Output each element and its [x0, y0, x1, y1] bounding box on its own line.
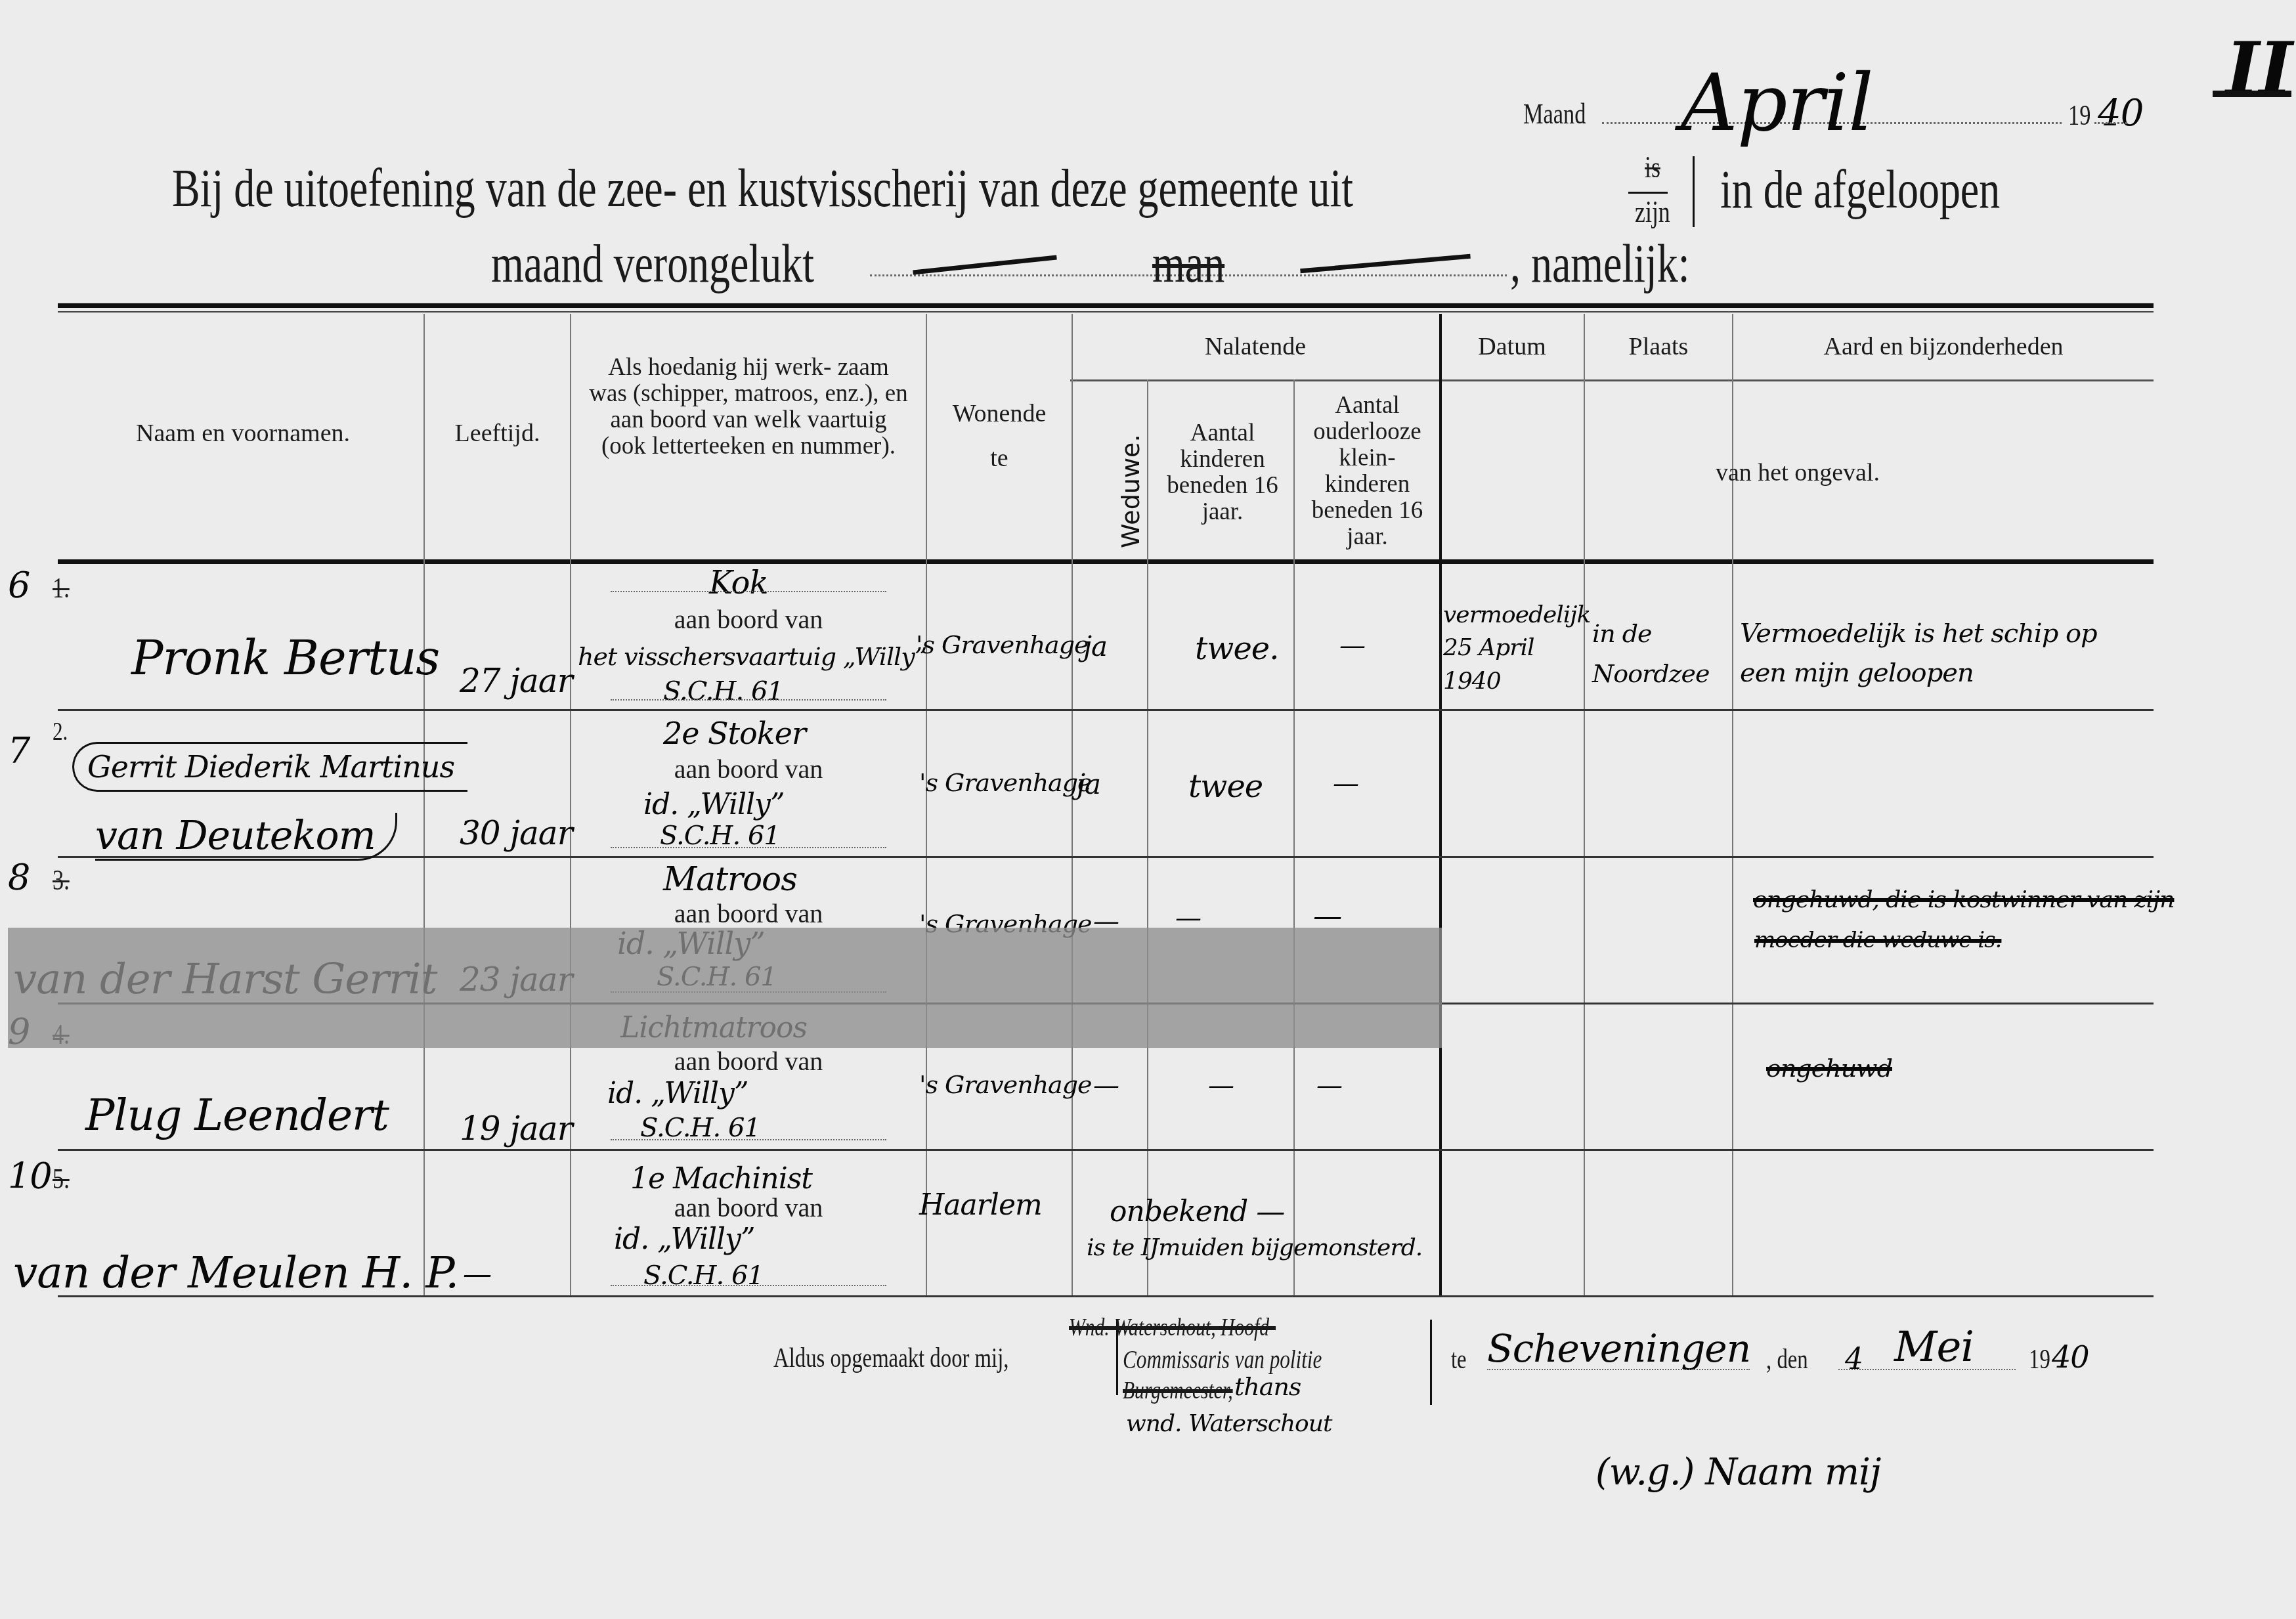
- header-datum: Datum: [1442, 334, 1582, 360]
- footer-year-suffix: 40: [2052, 1339, 2089, 1375]
- heading-fraction-bar: [1628, 192, 1668, 194]
- row-vessel-line2: S.C.H. 61: [663, 676, 783, 706]
- row-wonende: 's Gravenhage: [916, 630, 1089, 659]
- heading-is-struck: is: [1645, 150, 1660, 184]
- hoedanig-dotline: [611, 847, 886, 848]
- row-kleinkinderen: —: [1333, 768, 1358, 798]
- month-value: April: [1681, 58, 1873, 149]
- row-age: 19 jaar: [460, 1110, 573, 1148]
- header-nalatende: Nalatende: [1073, 334, 1438, 360]
- row-aard-struck: ongehuwd, die is kostwinner van zijn: [1753, 886, 2174, 913]
- header-plaats: Plaats: [1586, 334, 1731, 360]
- header-bottom-rule: [58, 559, 2154, 564]
- header-wonende-te: te: [927, 445, 1072, 472]
- row-wonende: Haarlem: [919, 1188, 1042, 1222]
- row-aard-struck: ongehuwd: [1766, 1054, 1892, 1083]
- footer-option-4-hand: wnd. Waterschout: [1126, 1410, 1332, 1437]
- footer-aldus: Aldus opgemaakt door mij,: [773, 1343, 1008, 1374]
- row-role: 2e Stoker: [663, 716, 806, 751]
- row-age: 30 jaar: [460, 814, 573, 852]
- row-printed-no: 1.: [53, 571, 70, 605]
- row-printed-no: 3.: [53, 863, 70, 897]
- row-wonende: 's Gravenhage: [919, 1070, 1092, 1099]
- row-name: Pronk Bertus: [131, 630, 439, 685]
- header-hoedanig: Als hoedanig hij werk- zaam was (schippe…: [588, 355, 909, 460]
- col-line-5: [1147, 379, 1148, 1295]
- table-top-rule: [58, 303, 2154, 308]
- row-age: —: [463, 1257, 491, 1291]
- footer-year-prefix: 19: [2029, 1344, 2050, 1375]
- footer-option-3: Burgemeester,: [1123, 1376, 1233, 1405]
- header-leeftijd: Leeftijd.: [427, 420, 568, 447]
- hoedanig-dotline: [611, 699, 886, 701]
- header-wonende: Wonende: [927, 400, 1072, 427]
- footer-day: 4: [1845, 1343, 1863, 1376]
- header-kleinkinderen: Aantal ouderlooze klein- kinderen benede…: [1297, 393, 1438, 550]
- row-name: Gerrit Diederik Martinus: [72, 742, 467, 792]
- row-aan-boord: aan boord van: [663, 1194, 834, 1222]
- footer-option-2: Commissaris van politie: [1123, 1344, 1322, 1375]
- footer-date-dotline: [1838, 1369, 2016, 1370]
- row-sep-1: [58, 709, 2154, 711]
- heading-line2-a: maand verongelukt: [491, 233, 814, 295]
- sheet-mark: II: [2226, 26, 2292, 111]
- col-line-6: [1293, 379, 1295, 1295]
- row-kinderen: —: [1208, 1070, 1234, 1100]
- footer-te-value: Scheveningen: [1487, 1326, 1750, 1371]
- row-weduwe: ja: [1083, 630, 1107, 662]
- row-kinderen: twee.: [1195, 630, 1278, 667]
- hoedanig-dotline: [611, 1139, 886, 1140]
- row-wonende: 's Gravenhage: [919, 768, 1092, 797]
- header-kinderen: Aantal kinderen beneden 16 jaar.: [1163, 420, 1282, 525]
- year-prefix: 19: [2068, 98, 2090, 132]
- table-top-rule-thin: [58, 311, 2154, 313]
- row-sep-4: [58, 1149, 2154, 1151]
- footer-te-label: te: [1451, 1344, 1467, 1375]
- header-aard: Aard en bijzonderheden: [1733, 334, 2154, 360]
- row-vessel-line1: id. „Willy”: [607, 1077, 748, 1110]
- row-index: 8: [8, 857, 30, 898]
- row-vessel-line1: id. „Willy”: [614, 1222, 754, 1256]
- row-datum: vermoedelijk 25 April 1940: [1443, 599, 1574, 698]
- row-aan-boord: aan boord van: [663, 899, 834, 928]
- month-label: Maand: [1523, 97, 1586, 131]
- row-plaats: in de Noordzee: [1592, 614, 1723, 694]
- year-suffix: 40: [2098, 92, 2143, 135]
- col-line-1: [423, 314, 425, 1295]
- row-name: van der Meulen H. P.: [13, 1247, 458, 1298]
- hoedanig-dotline: [611, 1285, 886, 1286]
- row-kinderen: is te IJmuiden bijgemonsterd.: [1087, 1234, 1422, 1261]
- footer-month: Mei: [1894, 1323, 1974, 1371]
- footer-te-dotline: [1487, 1369, 1750, 1370]
- footer-den-label: , den: [1766, 1344, 1808, 1375]
- row-role: Kok: [709, 565, 768, 601]
- row-aan-boord: aan boord van: [663, 755, 834, 783]
- header-weduwe: Weduwe.: [1116, 435, 1145, 548]
- row-aan-boord: aan boord van: [663, 605, 834, 634]
- row-index: 7: [8, 730, 30, 771]
- row-weduwe: onbekend —: [1110, 1195, 1284, 1228]
- row-printed-no: 5.: [53, 1162, 70, 1196]
- redaction-band: [8, 928, 1442, 1048]
- row-index: 6: [8, 565, 30, 606]
- footer-option-1: Wnd. Waterschout, Hoofd-: [1069, 1313, 1276, 1342]
- heading-brace: [1693, 156, 1695, 227]
- row-aard-struck-2: moeder die weduwe is.: [1754, 927, 2001, 953]
- row-printed-no: 2.: [53, 716, 68, 746]
- row-aard: Vermoedelijk is het schip op een mijn ge…: [1740, 614, 2147, 693]
- col-line-4: [1072, 314, 1073, 1295]
- heading-line2-b: , namelijk:: [1510, 233, 1690, 295]
- col-line-2: [570, 314, 571, 1295]
- row-kleinkinderen: —: [1339, 630, 1365, 660]
- hand-dash-2: [1300, 254, 1471, 274]
- heading-zijn: zijn: [1635, 194, 1670, 229]
- heading-man-struck: man: [1152, 233, 1224, 295]
- header-van-het-ongeval: van het ongeval.: [1442, 460, 2154, 486]
- row-role: Matroos: [663, 860, 797, 898]
- row-vessel-line1: id. „Willy”: [643, 788, 784, 821]
- row-name: Plug Leendert: [85, 1090, 389, 1140]
- row-weduwe: ja: [1077, 768, 1100, 800]
- row-vessel-line2: S.C.H. 61: [643, 1261, 764, 1291]
- row-index: 10: [8, 1155, 52, 1197]
- footer-option-3-hand: thans: [1234, 1372, 1301, 1401]
- row-kinderen: twee: [1188, 768, 1263, 805]
- hand-dash-1: [913, 255, 1057, 275]
- heading-line1-a: Bij de uitoefening van de zee- en kustvi…: [172, 158, 1353, 219]
- row-vessel-line1: het visschersvaartuig „Willy”: [578, 642, 926, 671]
- year-dotline: [2094, 122, 2127, 124]
- row-kleinkinderen: —: [1316, 1070, 1342, 1100]
- footer-signature: (w.g.) Naam mij: [1595, 1451, 1880, 1494]
- hoedanig-dotline: [611, 591, 886, 592]
- row-role: 1e Machinist: [630, 1162, 812, 1196]
- row-aan-boord: aan boord van: [663, 1047, 834, 1075]
- footer-brace-right: [1430, 1320, 1432, 1405]
- row-weduwe: —: [1093, 1070, 1119, 1100]
- header-naam: Naam en voornamen.: [66, 420, 420, 447]
- sheet-mark-underline: [2213, 91, 2291, 97]
- row-name-line2: van Deutekom: [95, 813, 397, 861]
- row-age: 27 jaar: [460, 662, 573, 700]
- heading-line1-b: in de afgeloopen: [1720, 159, 2000, 221]
- nalatende-subrule: [1070, 379, 2154, 381]
